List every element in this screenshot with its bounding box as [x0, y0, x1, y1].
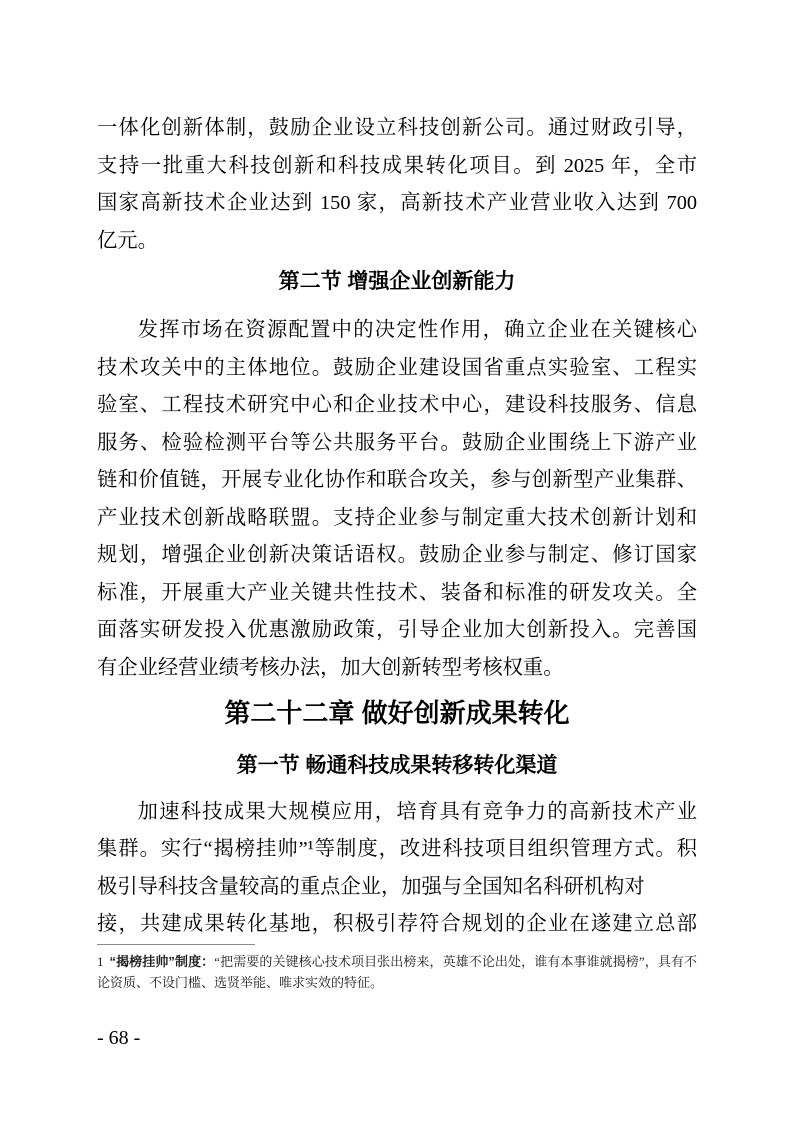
- section-heading-1: 第一节 畅通科技成果转移转化渠道: [97, 747, 697, 785]
- footnote-separator: [97, 944, 255, 945]
- text-line: 服务、检验检测平台等公共服务平台。鼓励企业围绕上下游产业: [97, 425, 697, 463]
- paragraph-top-continuation: 一体化创新体制，鼓励企业设立科技创新公司。通过财政引导， 支持一批重大科技创新和…: [97, 110, 697, 260]
- text-line: 极引导科技含量较高的重点企业，加强与全国知名科研机构对: [97, 869, 697, 907]
- text-column: 一体化创新体制，鼓励企业设立科技创新公司。通过财政引导， 支持一批重大科技创新和…: [97, 110, 697, 1051]
- text-line: 亿元。: [97, 223, 697, 261]
- text-line: 验室、工程技术研究中心和企业技术中心，建设科技服务、信息: [97, 387, 697, 425]
- text-line: 链和价值链，开展专业化协作和联合攻关，参与创新型产业集群、: [97, 462, 697, 500]
- text-line: 有企业经营业绩考核办法，加大创新转型考核权重。: [97, 650, 697, 688]
- footnote-term: “揭榜挂帅”制度：: [110, 954, 215, 969]
- text-line: 加速科技成果大规模应用，培育具有竞争力的高新技术产业: [97, 794, 697, 832]
- document-page: 一体化创新体制，鼓励企业设立科技创新公司。通过财政引导， 支持一批重大科技创新和…: [0, 0, 793, 1122]
- paragraph-enterprise-innovation: 发挥市场在资源配置中的决定性作用，确立企业在关键核心 技术攻关中的主体地位。鼓励…: [97, 312, 697, 687]
- text-line: 标准，开展重大产业关键共性技术、装备和标准的研发攻关。全: [97, 575, 697, 613]
- text-line: 面落实研发投入优惠激励政策，引导企业加大创新投入。完善国: [97, 612, 697, 650]
- text-line: 技术攻关中的主体地位。鼓励企业建设国省重点实验室、工程实: [97, 350, 697, 388]
- footnote-text: 1“揭榜挂帅”制度：“把需要的关键核心技术项目张出榜来，英雄不论出处，谁有本事谁…: [97, 951, 697, 993]
- text-line: 规划，增强企业创新决策话语权。鼓励企业参与制定、修订国家: [97, 537, 697, 575]
- section-heading-2: 第二节 增强企业创新能力: [97, 263, 697, 301]
- footnote: 1“揭榜挂帅”制度：“把需要的关键核心技术项目张出榜来，英雄不论出处，谁有本事谁…: [97, 944, 697, 993]
- text-line: 一体化创新体制，鼓励企业设立科技创新公司。通过财政引导，: [97, 110, 697, 148]
- text-line: 接，共建成果转化基地，积极引荐符合规划的企业在遂建立总部: [97, 906, 697, 944]
- chapter-heading: 第二十二章 做好创新成果转化: [97, 693, 697, 733]
- text-line: 国家高新技术企业达到 150 家，高新技术产业营业收入达到 700: [97, 185, 697, 223]
- text-line: 支持一批重大科技创新和科技成果转化项目。到 2025 年，全市: [97, 148, 697, 186]
- paragraph-achievement-transform: 加速科技成果大规模应用，培育具有竞争力的高新技术产业 集群。实行“揭榜挂帅”¹等…: [97, 794, 697, 944]
- text-line: 产业技术创新战略联盟。支持企业参与制定重大技术创新计划和: [97, 500, 697, 538]
- text-line: 发挥市场在资源配置中的决定性作用，确立企业在关键核心: [97, 312, 697, 350]
- page-number: - 68 -: [97, 1025, 697, 1051]
- text-line: 集群。实行“揭榜挂帅”¹等制度，改进科技项目组织管理方式。积: [97, 831, 697, 869]
- footnote-marker: 1: [97, 954, 104, 969]
